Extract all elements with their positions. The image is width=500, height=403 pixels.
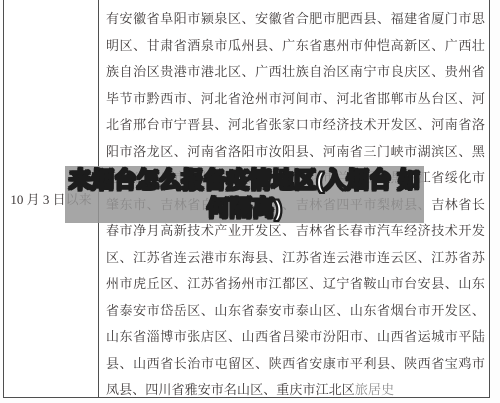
document-screenshot-root: 10 月 3 日以来 有安徽省阜阳市颍泉区、安徽省合肥市肥西县、福建省厦门市思明…	[0, 0, 500, 403]
travel-history-label: 旅居史	[355, 382, 394, 397]
page-title: 来烟台怎么报备疫情地区(入烟台 如何隔离)	[65, 167, 424, 223]
title-watermark-overlay: 来烟台怎么报备疫情地区(入烟台 如何隔离)	[65, 166, 424, 223]
